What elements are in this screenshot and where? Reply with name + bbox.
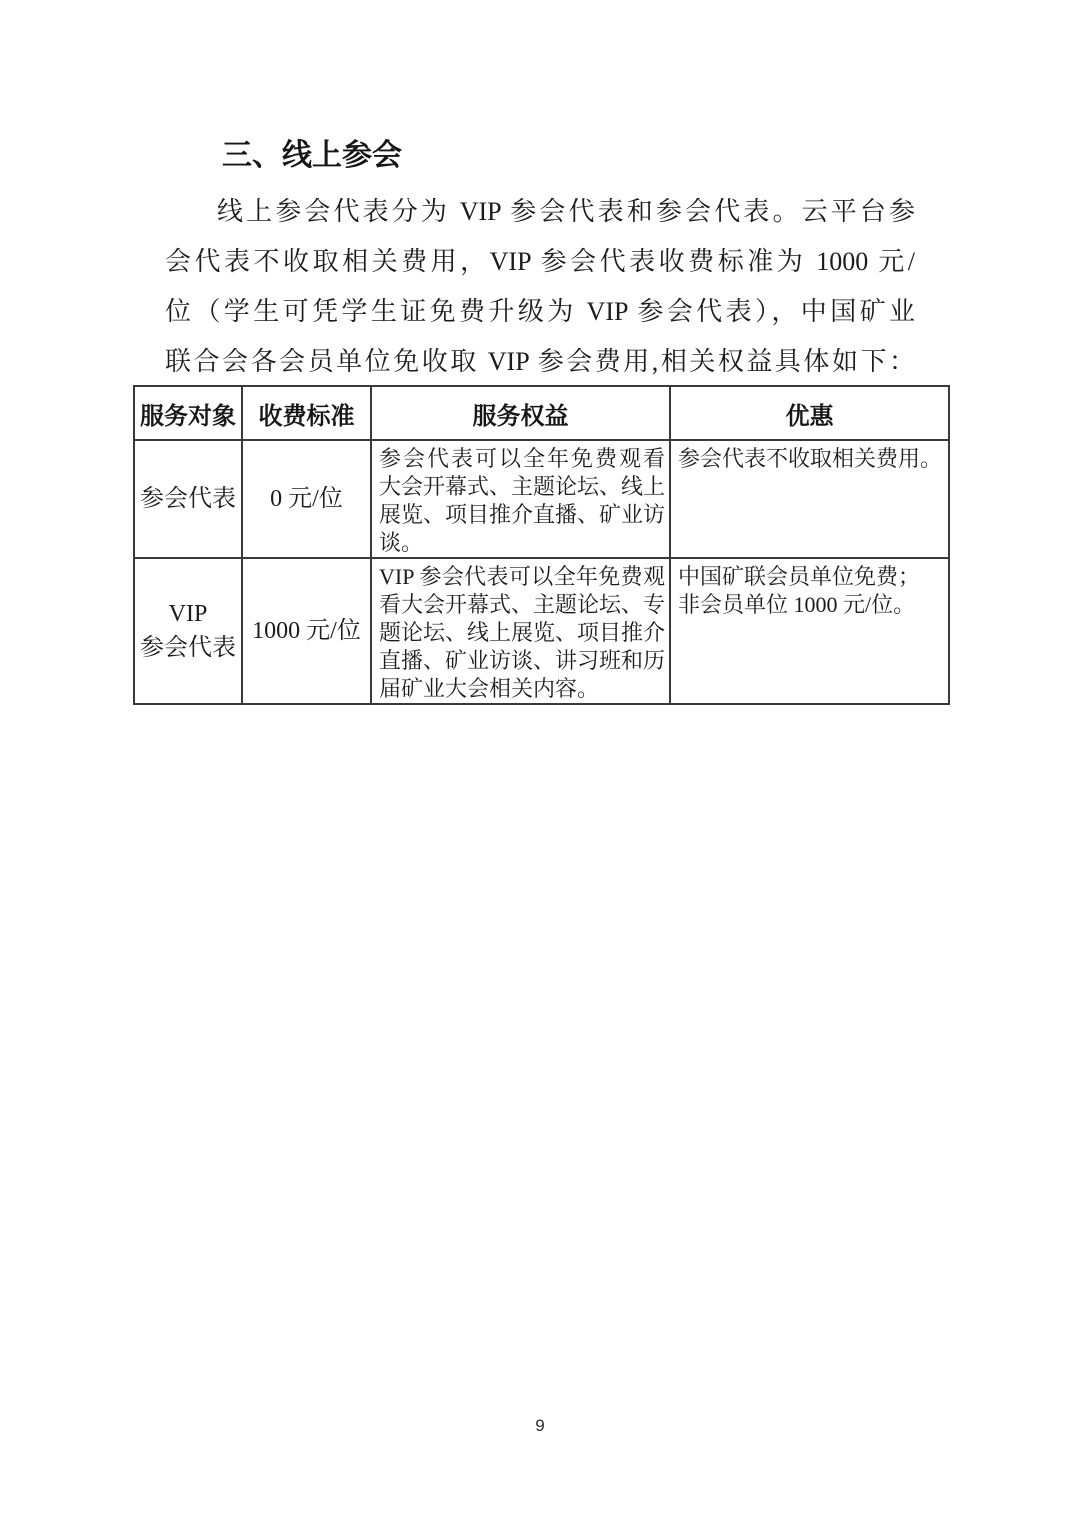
table-row-delegate: 参会代表 0 元/位 参会代表可以全年免费观看 大会开幕式、主题论坛、线上 展览… <box>134 440 949 558</box>
target-line: 参会代表 <box>135 631 241 665</box>
intro-paragraph: 线上参会代表分为 VIP 参会代表和参会代表。云平台参 会代表不收取相关费用，V… <box>165 187 915 387</box>
paragraph-line: 联合会各会员单位免收取 VIP 参会费用,相关权益具体如下： <box>165 337 915 387</box>
cell-discount-vip: 中国矿联会员单位免费； 非会员单位 1000 元/位。 <box>670 558 949 704</box>
cell-fee-delegate: 0 元/位 <box>242 440 371 558</box>
table-header-row: 服务对象 收费标准 服务权益 优惠 <box>134 386 949 440</box>
benefit-line: 参会代表可以全年免费观看 <box>379 445 665 473</box>
discount-line: 非会员单位 1000 元/位。 <box>678 591 944 619</box>
target-line: VIP <box>135 597 241 631</box>
discount-line: 中国矿联会员单位免费； <box>678 563 944 591</box>
cell-benefit-vip: VIP 参会代表可以全年免费观 看大会开幕式、主题论坛、专 题论坛、线上展览、项… <box>371 558 670 704</box>
benefit-line: 看大会开幕式、主题论坛、专 <box>379 591 665 619</box>
discount-line: 参会代表不收取相关费用。 <box>678 445 944 473</box>
section-heading: 三、线上参会 <box>222 138 402 174</box>
header-service-benefit: 服务权益 <box>371 386 670 440</box>
cell-fee-vip: 1000 元/位 <box>242 558 371 704</box>
benefit-line: VIP 参会代表可以全年免费观 <box>379 563 665 591</box>
benefit-line: 谈。 <box>379 529 665 557</box>
benefit-line: 届矿业大会相关内容。 <box>379 675 665 703</box>
benefit-line: 题论坛、线上展览、项目推介 <box>379 619 665 647</box>
cell-benefit-delegate: 参会代表可以全年免费观看 大会开幕式、主题论坛、线上 展览、项目推介直播、矿业访… <box>371 440 670 558</box>
target-line: 参会代表 <box>135 482 241 516</box>
cell-discount-delegate: 参会代表不收取相关费用。 <box>670 440 949 558</box>
paragraph-line: 线上参会代表分为 VIP 参会代表和参会代表。云平台参 <box>165 187 915 237</box>
cell-target-delegate: 参会代表 <box>134 440 242 558</box>
participation-fee-table: 服务对象 收费标准 服务权益 优惠 参会代表 0 元/位 参会代表可以全年免费观… <box>133 385 950 705</box>
header-fee-standard: 收费标准 <box>242 386 371 440</box>
page-number: 9 <box>0 1416 1080 1436</box>
benefit-line: 展览、项目推介直播、矿业访 <box>379 501 665 529</box>
document-page: 三、线上参会 线上参会代表分为 VIP 参会代表和参会代表。云平台参 会代表不收… <box>0 0 1080 1528</box>
cell-target-vip: VIP 参会代表 <box>134 558 242 704</box>
table-row-vip: VIP 参会代表 1000 元/位 VIP 参会代表可以全年免费观 看大会开幕式… <box>134 558 949 704</box>
benefit-line: 直播、矿业访谈、讲习班和历 <box>379 647 665 675</box>
benefit-line: 大会开幕式、主题论坛、线上 <box>379 473 665 501</box>
paragraph-line: 位（学生可凭学生证免费升级为 VIP 参会代表），中国矿业 <box>165 287 915 337</box>
header-service-target: 服务对象 <box>134 386 242 440</box>
header-discount: 优惠 <box>670 386 949 440</box>
paragraph-line: 会代表不收取相关费用，VIP 参会代表收费标准为 1000 元/ <box>165 237 915 287</box>
